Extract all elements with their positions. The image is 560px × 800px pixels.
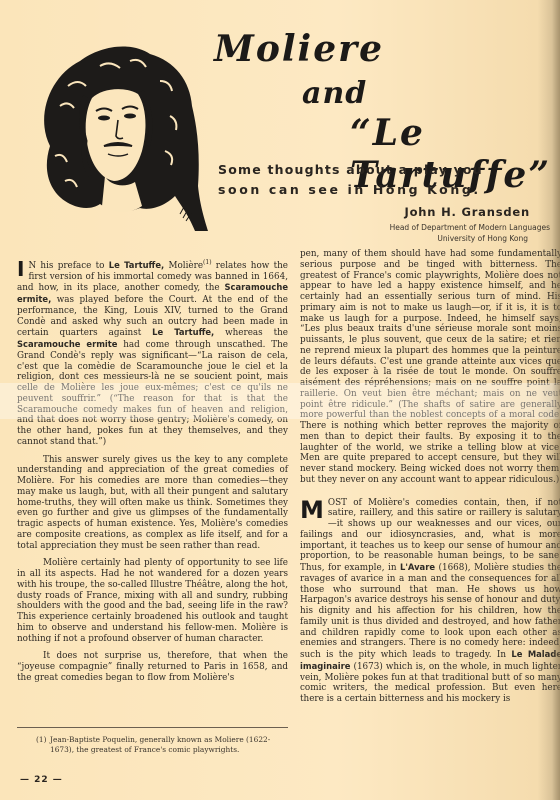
paragraph-4: It does not surprise us, therefore, that… (17, 651, 288, 683)
subtitle-line-1: Some thoughts about a play you (218, 160, 518, 180)
paragraph-3: Molière certainly had plenty of opportun… (17, 558, 288, 644)
play-title: Le Tartuffe, (109, 260, 164, 270)
subtitle-line-2: soon can see in Hong Kong. (218, 180, 518, 200)
text: (1668), Molière studies the ravages of a… (300, 563, 560, 660)
footnote-divider (17, 727, 288, 728)
footnote-text: Jean-Baptiste Poquelin, generally known … (50, 735, 270, 754)
page-binding-shadow (552, 0, 560, 800)
play-title: Le Tartuffe, (152, 327, 214, 337)
affiliation-university: University of Hong Kong (390, 233, 528, 244)
affiliation-department: Head of Department of Modern Languages (390, 222, 550, 233)
paragraph-5: pen, many of them should have had some f… (300, 249, 560, 486)
play-title: L'Avare (400, 562, 435, 572)
moliere-portrait-illustration (30, 36, 220, 236)
footnote: (1) Jean-Baptiste Poquelin, generally kn… (50, 735, 290, 754)
footnote-number: (1) (36, 735, 46, 745)
title-moliere: Moliere (214, 28, 384, 70)
play-title: Scaramouche ermite (17, 339, 117, 349)
text: N his preface to (28, 261, 108, 271)
paragraph-2: This answer surely gives us the key to a… (17, 455, 288, 552)
scan-fold-highlight (0, 383, 560, 419)
drop-cap-i: I (17, 260, 24, 278)
paragraph-1: IN his preface to Le Tartuffe, Molière(1… (17, 258, 288, 448)
title-and: and (302, 76, 367, 111)
author-affiliation: Head of Department of Modern Languages U… (390, 222, 550, 244)
text: Molière (164, 261, 203, 271)
article-subtitle: Some thoughts about a play you soon can … (218, 160, 518, 200)
portrait-icon (30, 36, 220, 236)
footnote-ref[interactable]: (1) (203, 259, 212, 266)
magazine-page: Moliere and “Le Tartuffe” Some thoughts … (0, 0, 560, 800)
author-name: John H. Gransden (405, 205, 530, 219)
right-column: pen, many of them should have had some f… (300, 249, 560, 712)
paragraph-6: MOST of Molière's comedies contain, then… (300, 498, 560, 705)
page-number: — 22 — (20, 775, 63, 785)
left-column: IN his preface to Le Tartuffe, Molière(1… (17, 258, 288, 691)
text: whereas the (214, 328, 288, 338)
drop-cap-m: M (300, 500, 324, 520)
